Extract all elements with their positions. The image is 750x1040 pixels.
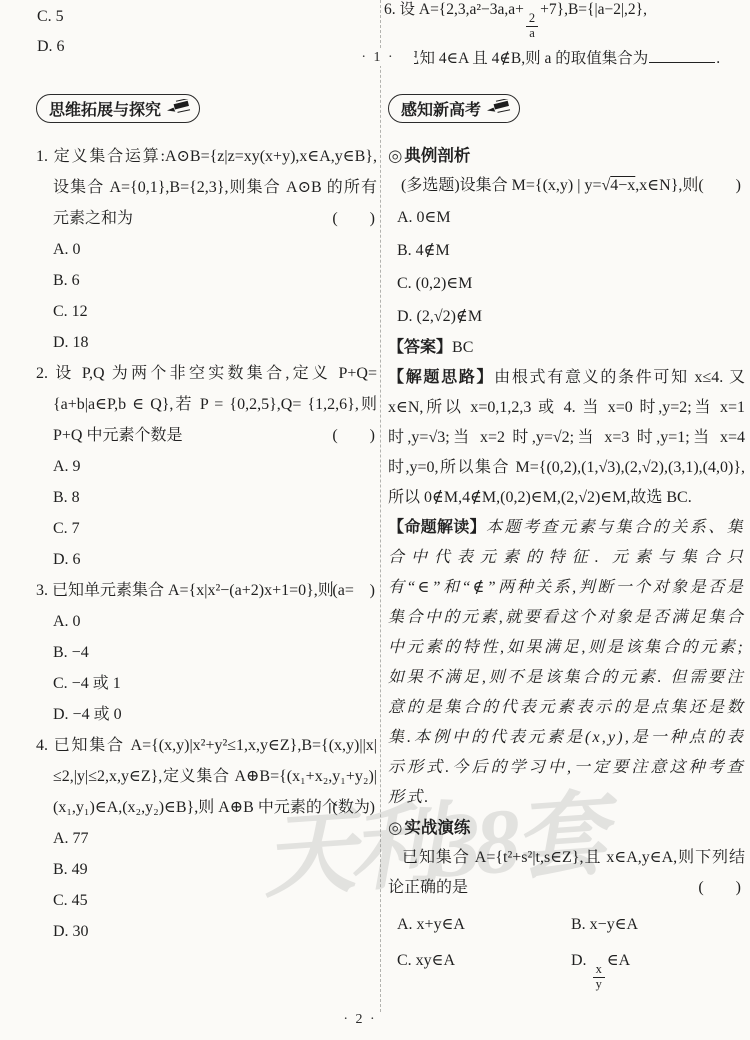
example-option-d: D. (2,√2)∉M [397,300,745,333]
answer-bracket: ( ) [698,171,741,201]
question-3-option-b: B. −4 [53,637,377,668]
practice-option-d: D. xy∈A [571,943,745,992]
answer-value: BC [452,339,473,356]
practice-stem: 已知集合 A={t²+s²|t,s∈Z},且 x∈A,y∈A,则下列结论正确的是… [388,843,745,903]
question-4-option-a: A. 77 [53,823,377,854]
page-2-marker: · 2 · [324,1012,396,1028]
question-4-option-b: B. 49 [53,854,377,885]
practice-options: A. x+y∈A B. x−y∈A C. xy∈A D. xy∈A [397,907,745,992]
practice-header-label: 实战演练 [404,818,470,837]
solution-label: 【解题思路】 [388,369,494,386]
question-1-option-a: A. 0 [53,234,377,265]
q6-text-post: +7},B={|a−2|,2}, [540,1,647,18]
answer-bracket: ( ) [332,203,375,234]
question-2-option-b: B. 8 [53,482,377,513]
question-2: 2. 设 P,Q 为两个非空实数集合,定义 P+Q={a+b|a∈P,b ∈ Q… [36,358,377,575]
answer-blank [649,49,715,63]
section-badge-thinking: 思维拓展与探究 [36,94,200,123]
comment-text: 本题考查元素与集合的关系、集合中代表元素的特征. 元素与集合只有“∈”和“∉”两… [388,519,745,806]
practice-text: 已知集合 A={t²+s²|t,s∈Z},且 x∈A,y∈A,则下列结论正确的是 [388,849,745,896]
example-text-post: ,x∈N},则 [635,177,698,194]
question-3-option-d: D. −4 或 0 [53,699,377,730]
question-2-text: 2. 设 P,Q 为两个非空实数集合,定义 P+Q={a+b|a∈P,b ∈ Q… [36,365,377,444]
section-badge-label: 思维拓展与探究 [49,97,161,120]
example-option-b: B. 4∉M [397,234,745,267]
question-4-text: 4. 已知集合 A={(x,y)|x²+y²≤1,x,y∈Z},B={(x,y)… [36,737,377,816]
fraction-2-over-a: 2a [526,12,538,41]
question-2-option-c: C. 7 [53,513,377,544]
practice-option-d-text: ∈A [607,952,630,969]
section-badge-label: 感知新高考 [401,97,481,120]
practice-option-c: C. xy∈A [397,943,571,992]
question-6-line2: 已知 4∈A 且 4∉B,则 a 的取值集合为. [384,44,746,74]
example-option-a: A. 0∈M [397,201,745,234]
textbook-page: 天利38套 C. 5 D. 6 6. 设 A={2,3,a²−3a,a+2a+7… [0,0,750,1040]
pencil-icon [166,99,191,118]
question-1: 1. 定义集合运算:A⊙B={z|z=xy(x+y),x∈A,y∈B},设集合 … [36,141,377,358]
solution-text: 由根式有意义的条件可知 x≤4. 又 x∈N,所以 x=0,1,2,3 或 4.… [388,369,745,506]
question-3-text: 3. 已知单元素集合 A={x|x²−(a+2)x+1=0},则 a= [36,582,354,599]
question-2-option-d: D. 6 [53,544,377,575]
question-2-option-a: A. 9 [53,451,377,482]
page-1-marker: · 1 · [342,50,414,66]
sqrt-expression: 4−x [610,177,635,194]
question-3-option-c: C. −4 或 1 [53,668,377,699]
subsection-example-header: ◎典例剖析 [388,141,745,171]
question-6: 6. 设 A={2,3,a²−3a,a+2a+7},B={|a−2|,2}, 已… [384,0,746,74]
section-badge-gaokao: 感知新高考 [388,94,520,123]
answer-bracket: ( ) [332,575,375,606]
answer-bracket: ( ) [332,792,375,823]
double-circle-icon: ◎ [388,818,402,837]
question-2-stem: 2. 设 P,Q 为两个非空实数集合,定义 P+Q={a+b|a∈P,b ∈ Q… [36,358,377,451]
question-1-option-c: C. 12 [53,296,377,327]
comment-label: 【命题解读】 [388,519,486,536]
prev-option-d: D. 6 [37,32,65,62]
question-6-line1: 6. 设 A={2,3,a²−3a,a+2a+7},B={|a−2|,2}, [384,0,746,41]
q6-period: . [716,50,720,67]
comment-paragraph: 【命题解读】本题考查元素与集合的关系、集合中代表元素的特征. 元素与集合只有“∈… [388,513,745,813]
right-column: 感知新高考 ◎典例剖析 [388,94,745,992]
previous-question-options: C. 5 D. 6 [37,2,65,62]
question-1-text: 1. 定义集合运算:A⊙B={z|z=xy(x+y),x∈A,y∈B},设集合 … [36,148,377,227]
practice-option-b: B. x−y∈A [571,907,745,943]
question-4-option-d: D. 30 [53,916,377,947]
question-3-option-a: A. 0 [53,606,377,637]
example-header-label: 典例剖析 [404,146,470,165]
answer-label: 【答案】 [388,339,452,356]
solution-paragraph: 【解题思路】由根式有意义的条件可知 x≤4. 又 x∈N,所以 x=0,1,2,… [388,363,745,513]
question-4-stem: 4. 已知集合 A={(x,y)|x²+y²≤1,x,y∈Z},B={(x,y)… [36,730,377,823]
practice-option-d-label: D. [571,952,591,969]
left-column: 思维拓展与探究 1. 定义集合运算:A⊙B={z [36,94,377,947]
pencil-icon [486,99,511,118]
question-1-stem: 1. 定义集合运算:A⊙B={z|z=xy(x+y),x∈A,y∈B},设集合 … [36,141,377,234]
question-4-option-c: C. 45 [53,885,377,916]
question-3-stem: 3. 已知单元素集合 A={x|x²−(a+2)x+1=0},则 a=( ) [36,575,377,606]
question-1-option-b: B. 6 [53,265,377,296]
question-1-option-d: D. 18 [53,327,377,358]
radical-sign: √ [601,177,610,194]
prev-option-c: C. 5 [37,2,65,32]
answer-bracket: ( ) [698,873,741,903]
answer-line: 【答案】BC [388,333,745,363]
q6-text-line2: 已知 4∈A 且 4∉B,则 a 的取值集合为 [404,50,648,67]
practice-option-a: A. x+y∈A [397,907,571,943]
double-circle-icon: ◎ [388,146,402,165]
example-option-c: C. (0,2)∈M [397,267,745,300]
example-text-pre: (多选题)设集合 M={(x,y) | y= [401,177,601,194]
subsection-practice-header: ◎实战演练 [388,813,745,843]
example-stem: (多选题)设集合 M={(x,y) | y=√4−x,x∈N},则( ) [388,171,745,201]
q6-text-pre: 6. 设 A={2,3,a²−3a,a+ [384,1,524,18]
question-4: 4. 已知集合 A={(x,y)|x²+y²≤1,x,y∈Z},B={(x,y)… [36,730,377,947]
question-3: 3. 已知单元素集合 A={x|x²−(a+2)x+1=0},则 a=( ) A… [36,575,377,730]
fraction-x-over-y: xy [593,963,605,992]
answer-bracket: ( ) [332,420,375,451]
